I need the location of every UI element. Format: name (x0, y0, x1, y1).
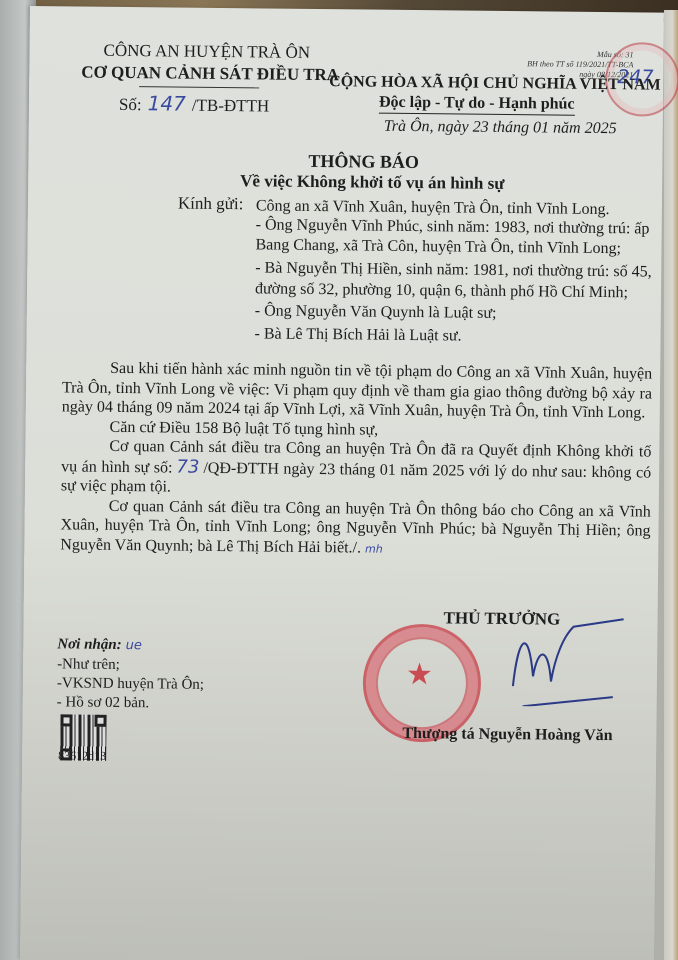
decision-number-handwritten: 73 (172, 456, 203, 477)
handwritten-initials: mh (365, 542, 383, 555)
para4-text: Cơ quan Cảnh sát điều tra Công an huyện … (60, 497, 651, 556)
recipients-copy-title: Nơi nhận:ue (57, 636, 142, 654)
national-motto: Độc lập - Tự do - Hạnh phúc (379, 94, 575, 116)
document-title: THÔNG BÁO (308, 151, 419, 173)
doc-number-handwritten: 147 (142, 91, 192, 116)
qr-finder (94, 715, 106, 727)
star-icon: ★ (406, 657, 433, 692)
recipients-copy-line: - Hồ sơ 02 bản. (57, 694, 150, 712)
doc-number-suffix: /TB-ĐTTH (192, 96, 270, 116)
place-date: Trà Ôn, ngày 23 tháng 01 năm 2025 (384, 118, 617, 138)
doc-number-prefix: Số: (119, 95, 142, 114)
document-number: Số:147/TB-ĐTTH (119, 91, 270, 117)
agency-department: CƠ QUAN CẢNH SÁT ĐIỀU TRA (81, 63, 339, 86)
body-text: Sau khi tiến hành xác minh nguồn tin về … (60, 358, 652, 561)
document-subject: Về việc Không khởi tố vụ án hình sự (240, 171, 504, 194)
recipient-line: - Bà Lê Thị Bích Hải là Luật sư. (254, 324, 461, 345)
recipient-line: Bang Chang, xã Trà Côn, huyện Trà Ôn, tỉ… (255, 235, 621, 258)
page-stack-edge (664, 10, 678, 960)
agency-underline (139, 86, 259, 88)
handwritten-initials: ue (122, 638, 142, 653)
recipients-label: Kính gửi: (178, 194, 244, 215)
agency-name: CÔNG AN HUYỆN TRÀ ÔN (103, 41, 310, 63)
recipient-line: đường số 32, phường 10, quận 6, thành ph… (255, 279, 628, 302)
recipient-line: - Ông Nguyễn Văn Quynh là Luật sư; (255, 301, 497, 323)
recipient-line: - Bà Nguyễn Thị Hiền, sinh năm: 1981, nơ… (255, 258, 652, 281)
signer-name: Thượng tá Nguyễn Hoàng Văn (402, 725, 612, 745)
qr-finder (60, 714, 72, 726)
recipients-copy-line: -VKSND huyện Trà Ôn; (57, 675, 204, 694)
qr-code-text: 83612d13 (58, 748, 106, 764)
body-paragraph: Sau khi tiến hành xác minh nguồn tin về … (62, 358, 653, 423)
recipients-copy-label: Nơi nhận: (57, 636, 121, 653)
national-title: CỘNG HÒA XÃ HỘI CHỦ NGHĨA VIỆT NAM (329, 73, 661, 94)
signature-mark (493, 616, 644, 708)
body-paragraph: Cơ quan Cảnh sát điều tra Công an huyện … (60, 496, 651, 562)
body-paragraph: Cơ quan Cảnh sát điều tra Công an huyện … (61, 436, 652, 502)
document-page: CÔNG AN HUYỆN TRÀ ÔN CƠ QUAN CẢNH SÁT ĐI… (20, 6, 664, 960)
recipients-copy-line: -Như trên; (57, 656, 120, 674)
